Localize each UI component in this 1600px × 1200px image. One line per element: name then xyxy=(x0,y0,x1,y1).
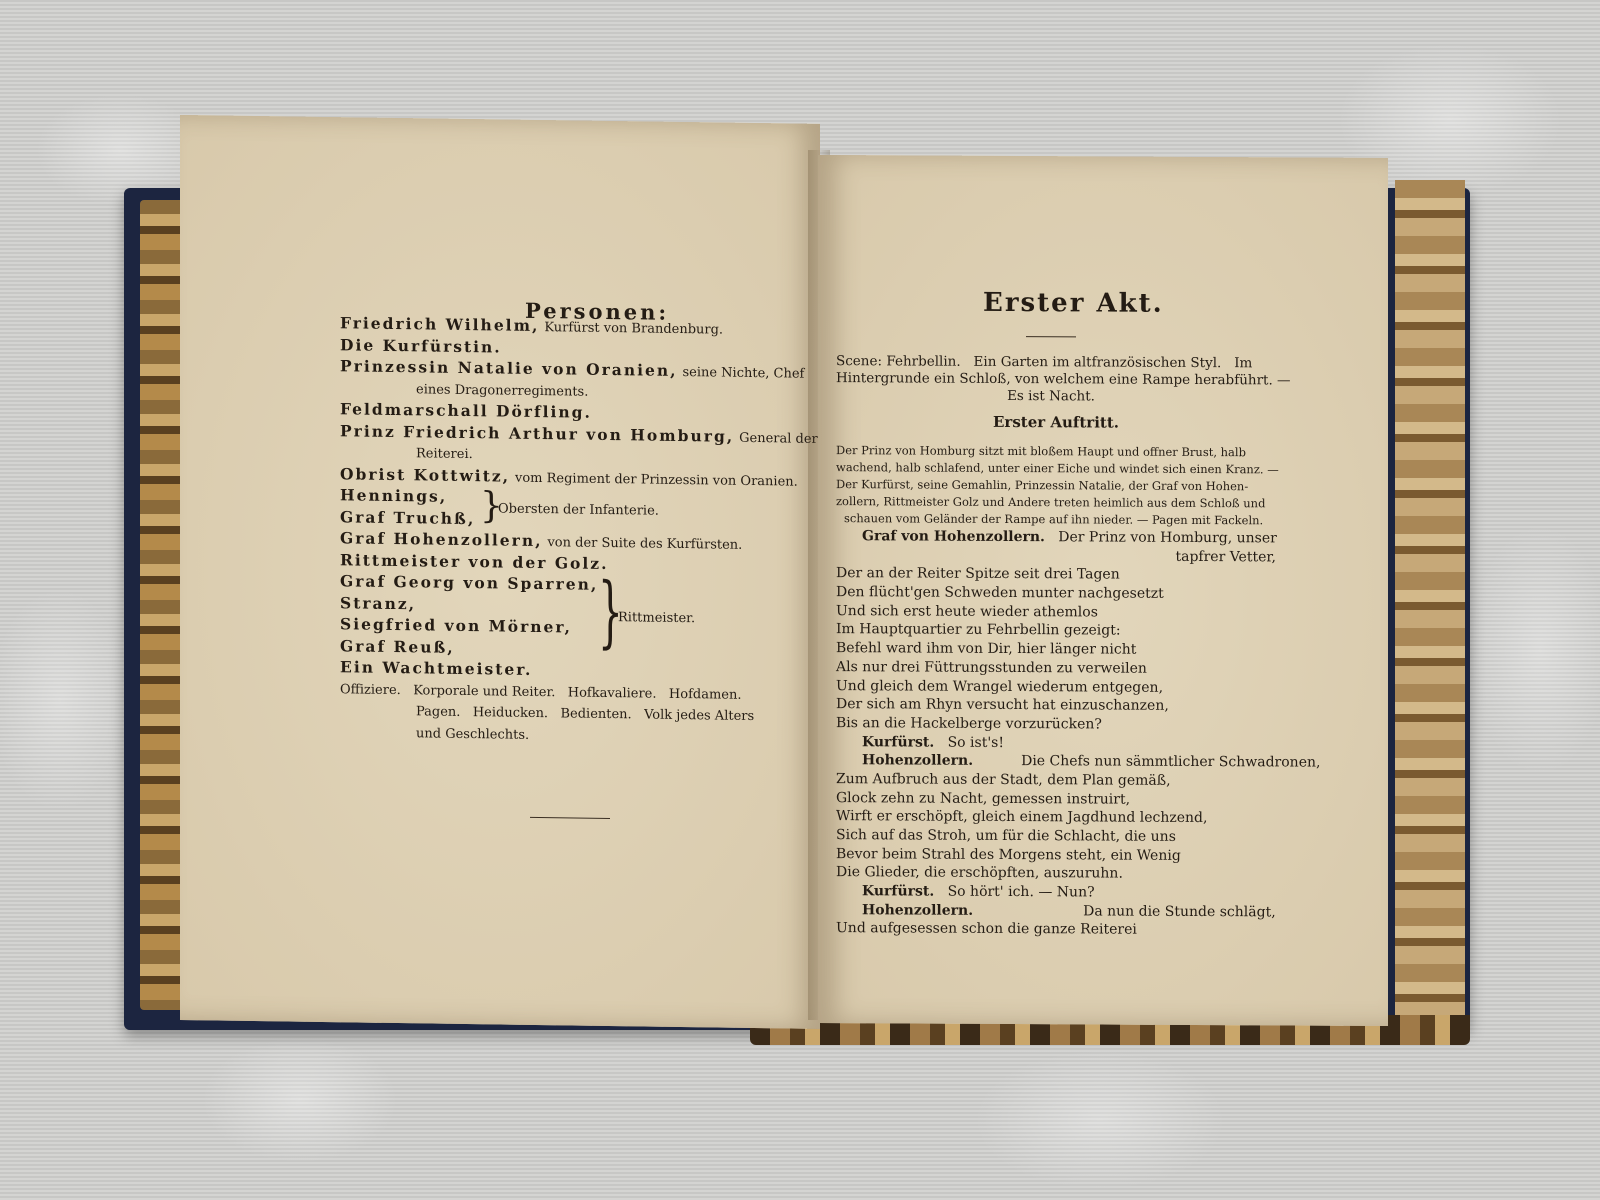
verse-line: Und aufgesessen schon die ganze Reiterei xyxy=(836,920,1320,941)
verse-line: Bis an die Hackelberge vorzurücken? xyxy=(836,714,1320,735)
verse-text: Die Chefs nun sämmtlicher Schwadronen, xyxy=(1021,753,1320,771)
cast-list: Friedrich Wilhelm, Kurfürst von Brandenb… xyxy=(340,312,818,749)
verse-line: Der sich am Rhyn versucht hat einzuschan… xyxy=(836,695,1320,716)
verse-text: So ist's! xyxy=(948,734,1004,750)
speaker-line: Hohenzollern.Die Chefs nun sämmtlicher S… xyxy=(836,751,1320,772)
verse-line: Die Glieder, die erschöpften, auszuruhn. xyxy=(836,863,1320,884)
title-rule xyxy=(1026,336,1076,337)
scene-line: Es ist Nacht. xyxy=(836,387,1266,406)
stage-direction: Der Prinz von Homburg sitzt mit bloßem H… xyxy=(836,442,1279,529)
left-page: Personen: Friedrich Wilhelm, Kurfürst vo… xyxy=(180,115,820,1029)
verse-line: Als nur drei Füttrungsstunden zu verweil… xyxy=(836,658,1320,679)
verse-text: Der Prinz von Homburg, unser xyxy=(1058,529,1277,546)
group-role: Rittmeister. xyxy=(618,607,695,630)
speaker-name: Hohenzollern. xyxy=(862,902,973,919)
group-role: Obersten der Infanterie. xyxy=(498,498,659,522)
scene-heading: Erster Auftritt. xyxy=(993,413,1119,432)
verse-line: Den flücht'gen Schweden munter nachgeset… xyxy=(836,583,1320,604)
right-page: Erster Akt. Scene: Fehrbellin. Ein Garte… xyxy=(818,155,1388,1026)
speaker-line: Hohenzollern.Da nun die Stunde schlägt, xyxy=(836,901,1320,922)
verse-text: Da nun die Stunde schlägt, xyxy=(1083,903,1276,920)
verse-line: Der an der Reiter Spitze seit drei Tagen xyxy=(836,564,1320,585)
verse-line: Im Hauptquartier zu Fehrbellin gezeigt: xyxy=(836,621,1320,642)
verse-line: Und sich erst heute wieder athemlos xyxy=(836,602,1320,623)
verse-line: Zum Aufbruch aus der Stadt, dem Plan gem… xyxy=(836,770,1320,791)
speaker-line: Graf von Hohenzollern. Der Prinz von Hom… xyxy=(836,527,1320,548)
verse-line: Wirft er erschöpft, gleich einem Jagdhun… xyxy=(836,807,1320,828)
verse-line: Befehl ward ihm von Dir, hier länger nic… xyxy=(836,639,1320,660)
speaker-name: Kurfürst. xyxy=(862,883,934,899)
verse-line: Und gleich dem Wrangel wiederum entgegen… xyxy=(836,677,1320,698)
dialogue: Graf von Hohenzollern. Der Prinz von Hom… xyxy=(836,527,1320,941)
verse-line: Sich auf das Stroh, um für die Schlacht,… xyxy=(836,826,1320,847)
rittmeister-group: Graf Georg von Sparren, Stranz, Siegfrie… xyxy=(340,570,818,663)
scene-description: Scene: Fehrbellin. Ein Garten im altfran… xyxy=(836,353,1291,406)
infantry-group: Hennings, Graf Truchß, } Obersten der In… xyxy=(340,484,818,534)
end-rule xyxy=(530,817,610,819)
scene-line: Hintergrunde ein Schloß, von welchem ein… xyxy=(836,370,1291,389)
verse-line: Bevor beim Strahl des Morgens steht, ein… xyxy=(836,845,1320,866)
verse-line: Glock zehn zu Nacht, gemessen instruirt, xyxy=(836,789,1320,810)
speaker-name: Kurfürst. xyxy=(862,734,934,750)
verse-text: tapfrer Vetter, xyxy=(836,546,1276,567)
book-edge-right xyxy=(1395,180,1465,1020)
speaker-name: Hohenzollern. xyxy=(862,752,973,769)
speaker-line: Kurfürst. So ist's! xyxy=(836,733,1320,754)
verse-text: So hört' ich. — Nun? xyxy=(948,884,1095,901)
act-title: Erster Akt. xyxy=(983,288,1164,319)
speaker-name: Graf von Hohenzollern. xyxy=(862,528,1045,545)
speaker-line: Kurfürst. So hört' ich. — Nun? xyxy=(836,882,1320,903)
